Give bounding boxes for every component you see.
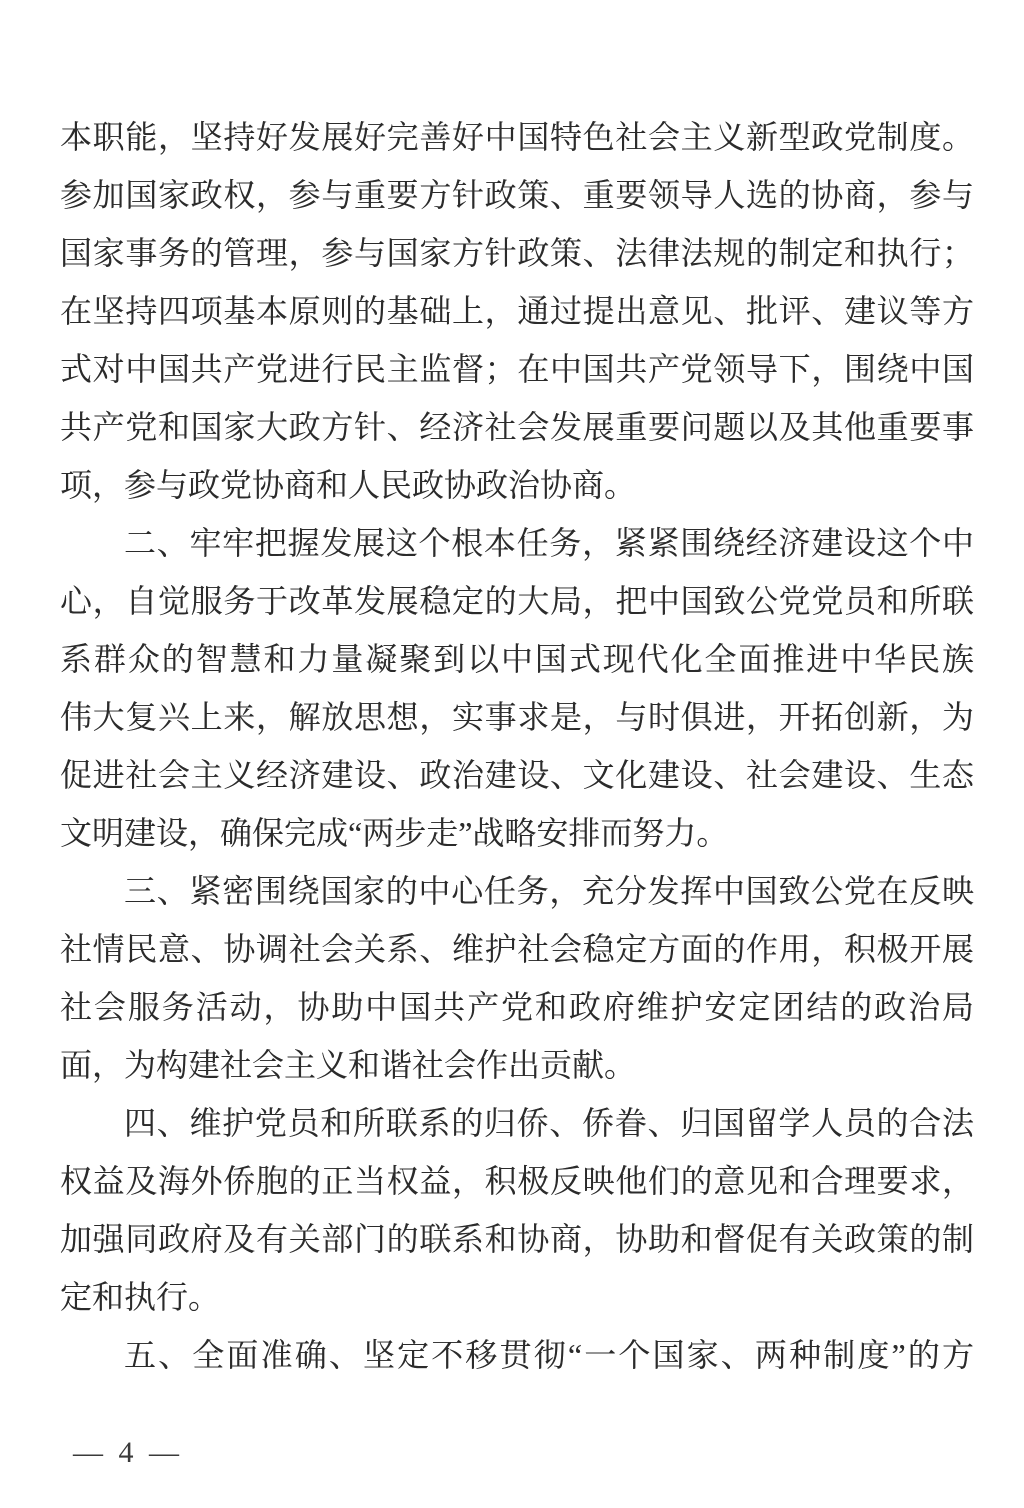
text-line: 文明建设，确保完成“两步走”战略安排而努力。 [60,804,974,862]
text-line: 参加国家政权，参与重要方针政策、重要领导人选的协商，参与 [60,166,974,224]
text-line: 心，自觉服务于改革发展稳定的大局，把中国致公党党员和所联 [60,572,974,630]
text-line: 加强同政府及有关部门的联系和协商，协助和督促有关政策的制 [60,1210,974,1268]
text-line: 式对中国共产党进行民主监督；在中国共产党领导下，围绕中国 [60,340,974,398]
text-line: 三、紧密围绕国家的中心任务，充分发挥中国致公党在反映 [60,862,974,920]
page-number: — 4 — [73,1436,183,1470]
text-line: 在坚持四项基本原则的基础上，通过提出意见、批评、建议等方 [60,282,974,340]
text-line: 五、全面准确、坚定不移贯彻“一个国家、两种制度”的方 [60,1326,974,1384]
text-line: 项，参与政党协商和人民政协政治协商。 [60,456,974,514]
text-line: 国家事务的管理，参与国家方针政策、法律法规的制定和执行； [60,224,974,282]
text-line: 二、牢牢把握发展这个根本任务，紧紧围绕经济建设这个中 [60,514,974,572]
text-line: 伟大复兴上来，解放思想，实事求是，与时俱进，开拓创新，为 [60,688,974,746]
text-line: 定和执行。 [60,1268,974,1326]
text-line: 系群众的智慧和力量凝聚到以中国式现代化全面推进中华民族 [60,630,974,688]
text-line: 本职能，坚持好发展好完善好中国特色社会主义新型政党制度。 [60,108,974,166]
text-line: 社情民意、协调社会关系、维护社会稳定方面的作用，积极开展 [60,920,974,978]
text-line: 共产党和国家大政方针、经济社会发展重要问题以及其他重要事 [60,398,974,456]
text-line: 促进社会主义经济建设、政治建设、文化建设、社会建设、生态 [60,746,974,804]
text-line: 四、维护党员和所联系的归侨、侨眷、归国留学人员的合法 [60,1094,974,1152]
text-line: 社会服务活动，协助中国共产党和政府维护安定团结的政治局 [60,978,974,1036]
document-page: 本职能，坚持好发展好完善好中国特色社会主义新型政党制度。参加国家政权，参与重要方… [0,0,1024,1508]
text-line: 权益及海外侨胞的正当权益，积极反映他们的意见和合理要求， [60,1152,974,1210]
document-body: 本职能，坚持好发展好完善好中国特色社会主义新型政党制度。参加国家政权，参与重要方… [60,108,974,1384]
text-line: 面，为构建社会主义和谐社会作出贡献。 [60,1036,974,1094]
